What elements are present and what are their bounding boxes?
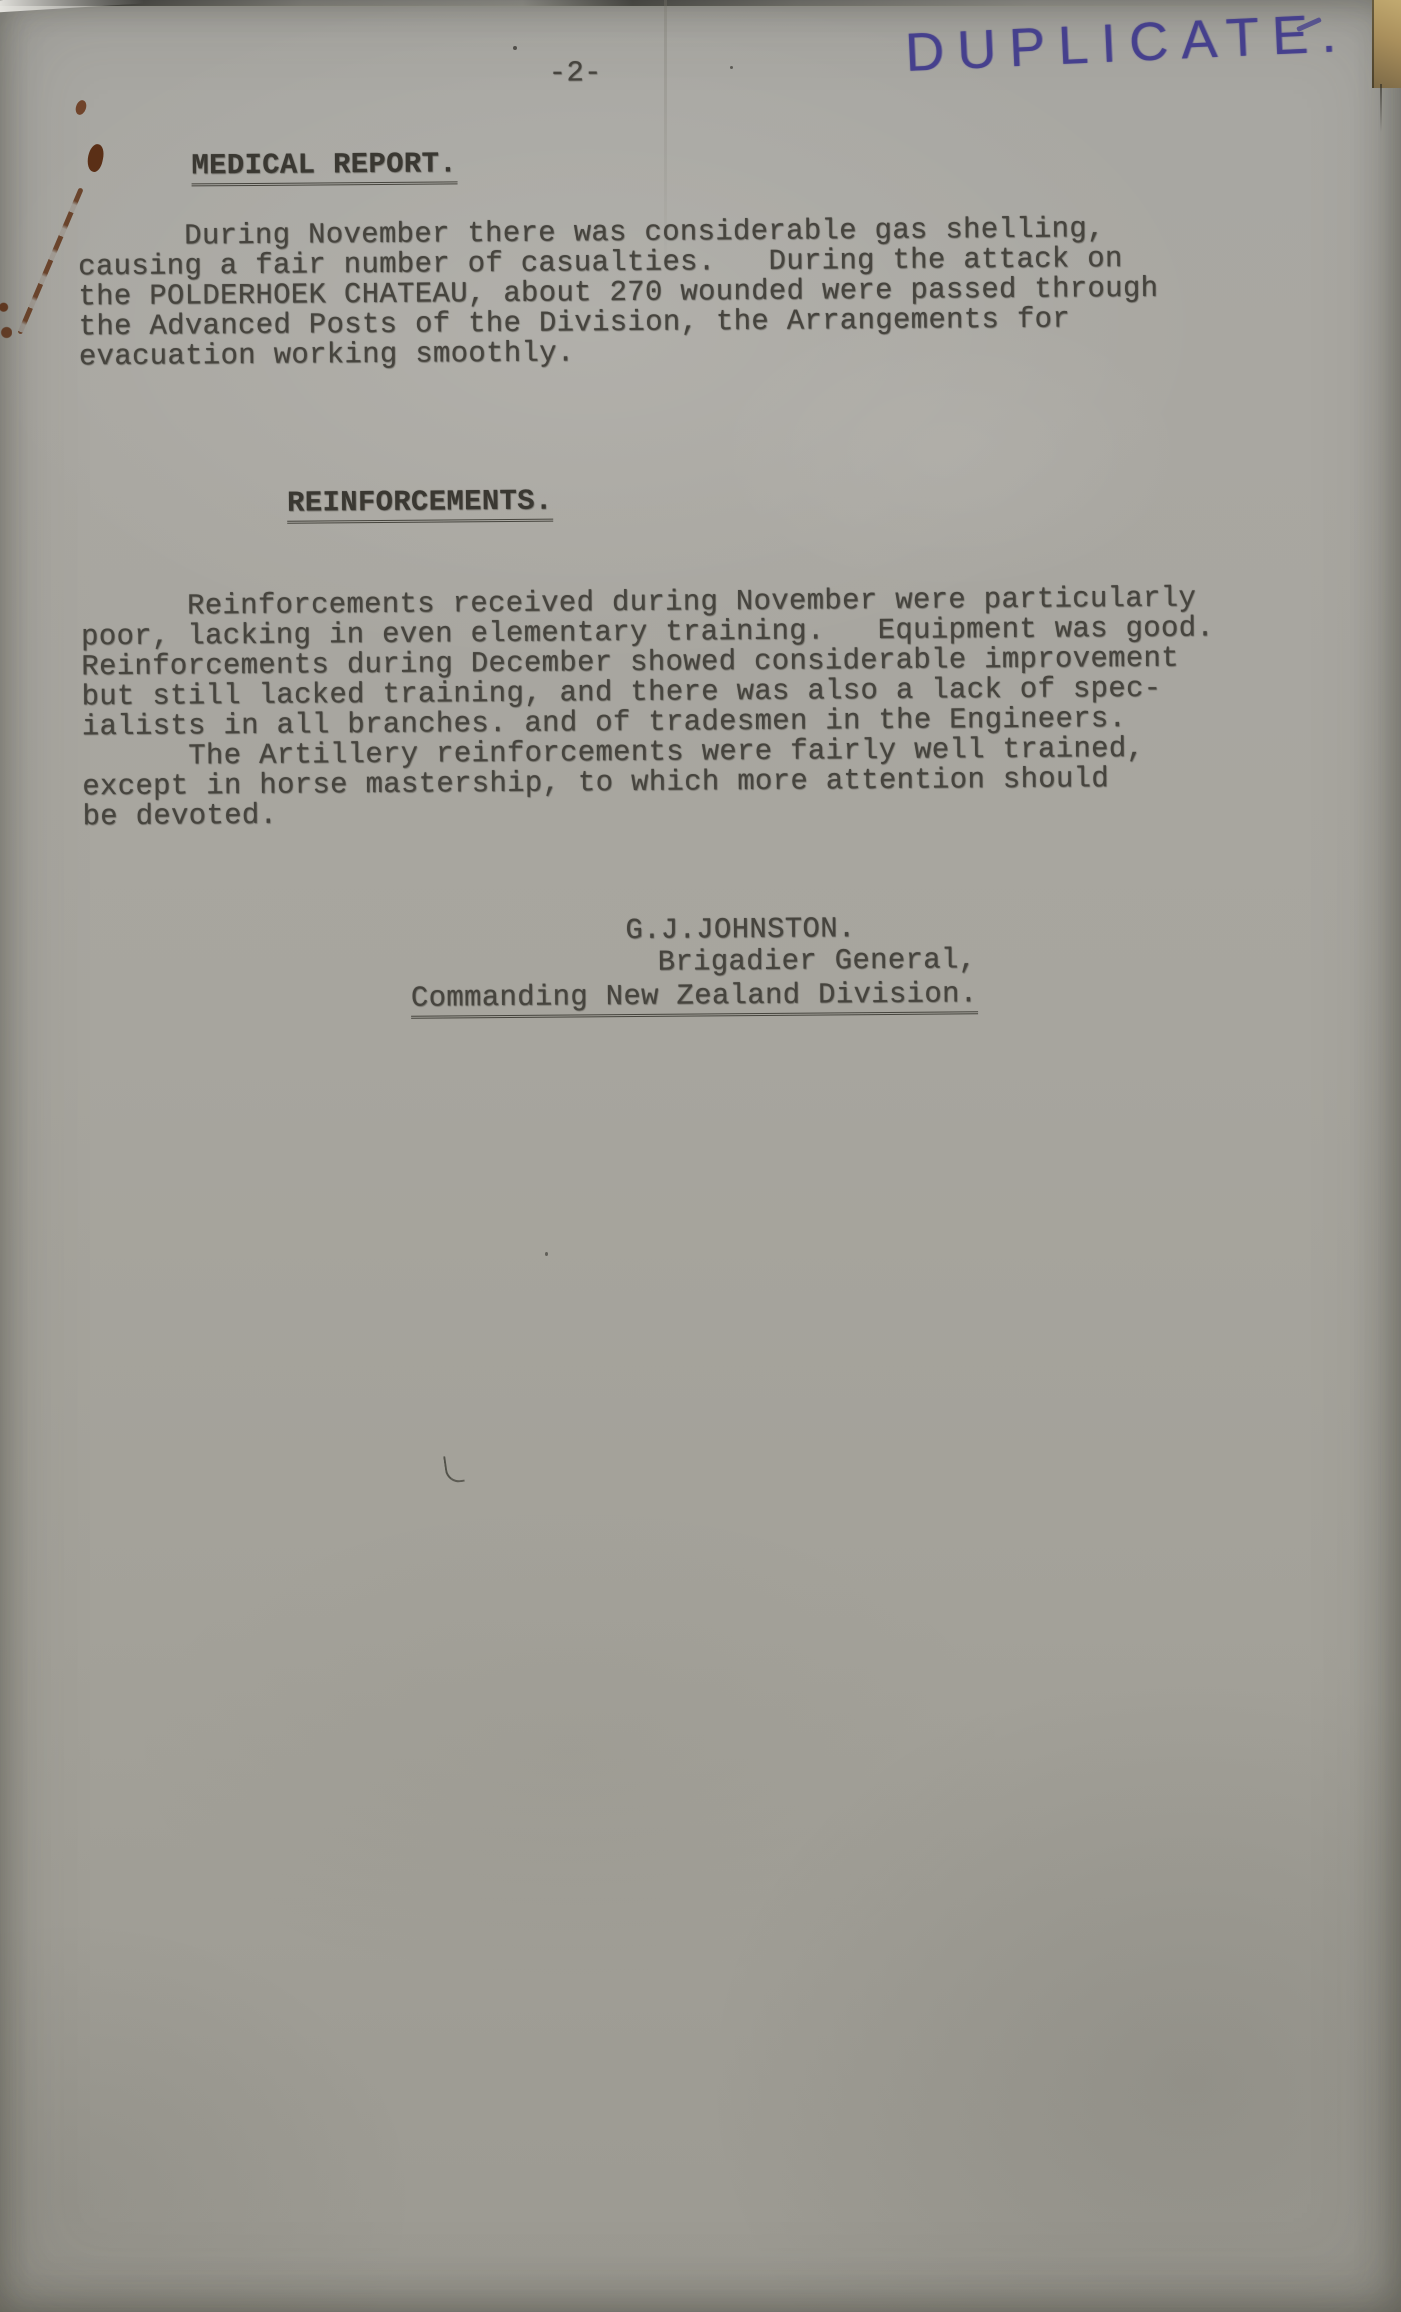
- typed-line: evacuation working smoothly.: [79, 334, 1159, 372]
- signature-name: G.J.JOHNSTON.: [625, 914, 855, 946]
- document-page: DUPLICATE. -2- MEDICAL REPORT. During No…: [0, 0, 1401, 2312]
- section-heading-text: REINFORCEMENTS.: [287, 487, 553, 524]
- page-number: -2-: [549, 58, 602, 88]
- reinforcements-paragraph: Reinforcements received during November …: [81, 583, 1216, 832]
- section-heading-medical-report: MEDICAL REPORT.: [191, 149, 457, 186]
- section-heading-reinforcements: REINFORCEMENTS.: [287, 487, 553, 524]
- typed-line: be devoted.: [82, 793, 1215, 832]
- signature-title: Commanding New Zealand Division.: [411, 979, 978, 1018]
- medical-report-paragraph: During November there was considerable g…: [78, 214, 1159, 372]
- signature-rank: Brigadier General,: [658, 945, 977, 978]
- signature-title-text: Commanding New Zealand Division.: [411, 979, 978, 1018]
- section-heading-text: MEDICAL REPORT.: [191, 149, 457, 186]
- typed-content: -2- MEDICAL REPORT. During November ther…: [0, 0, 1401, 2312]
